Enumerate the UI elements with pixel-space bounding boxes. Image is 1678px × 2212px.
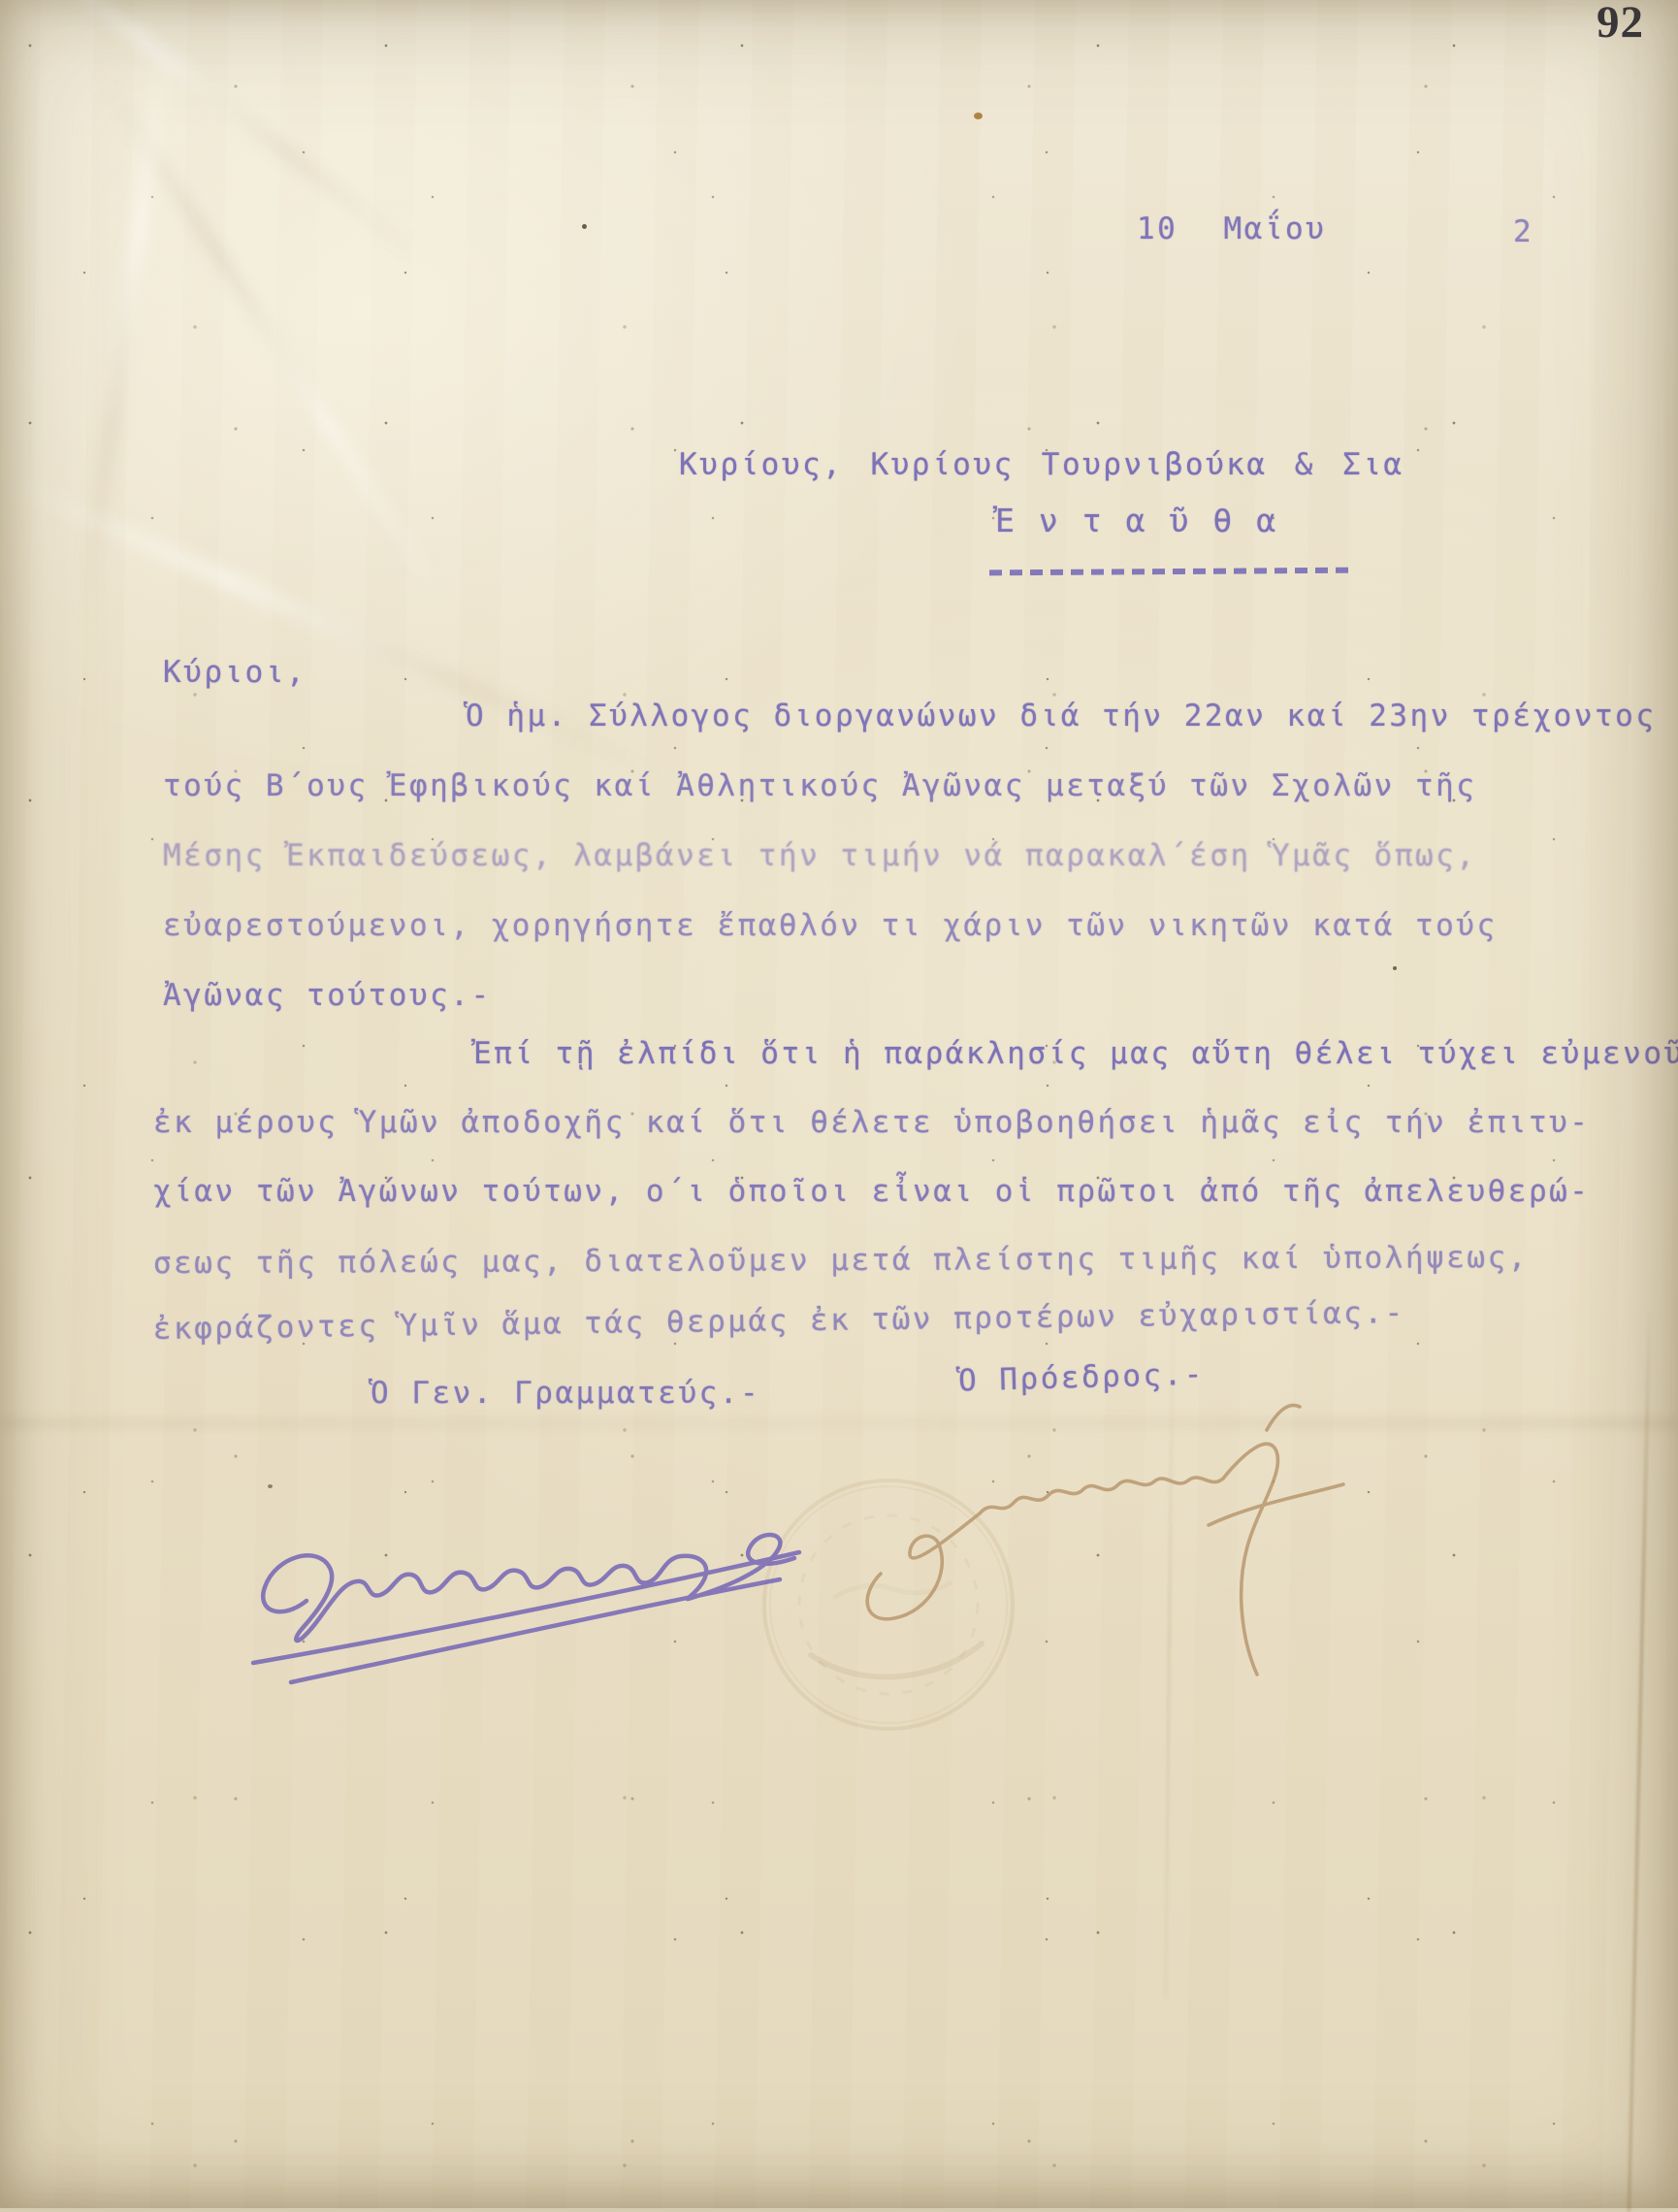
salutation: Κύριοι, (163, 655, 307, 690)
foxing-spot (268, 1484, 273, 1488)
body-line: τούς Β΄ους Ἐφηβικούς καί Ἀθλητικούς Ἀγῶν… (163, 768, 1598, 838)
location-underline (989, 568, 1356, 576)
body-line: ἐκ μέρους Ὑμῶν ἀποδοχῆς καί ὅτι θέλετε ὑ… (153, 1105, 1589, 1174)
date-line: 10 Μαΐου (1137, 211, 1326, 246)
body-line: Ἐπί τῇ ἐλπίδι ὅτι ἡ παράκλησίς μας αὕτη … (153, 1036, 1589, 1105)
paper-fold-horizontal (0, 1418, 1678, 1428)
location-line: Ἐνταῦθα (995, 502, 1300, 539)
date-right-number: 2 (1513, 214, 1533, 249)
round-stamp (743, 1451, 1034, 1742)
paper-crease (75, 31, 176, 629)
paper-crease (0, 0, 433, 269)
foxing-spot (582, 224, 587, 229)
president-signature (852, 1389, 1380, 1685)
body-line: χίαν τῶν Ἀγώνων τούτων, ο΄ι ὁποῖοι εἶναι… (153, 1174, 1589, 1243)
body-line: εὐαρεστούμενοι, χορηγήσητε ἔπαθλόν τι χά… (163, 908, 1598, 978)
paper-crease (97, 73, 446, 601)
secretary-title: Ὁ Γεν. Γραμματεύς.- (371, 1376, 760, 1411)
scanned-letter-page: 92 10 Μαΐου 2 Κυρίους, Κυρίους Τουρνιβού… (0, 0, 1678, 2208)
body-line: Μέσης Ἐκπαιδεύσεως, λαμβάνει τήν τιμήν ν… (163, 838, 1598, 908)
body-line: Ὁ ἡμ. Σύλλογος διοργανώνων διά τήν 22αν … (163, 699, 1598, 768)
paper-fold-vertical (1627, 1310, 1651, 2208)
paragraph-1: Ὁ ἡμ. Σύλλογος διοργανώνων διά τήν 22αν … (163, 699, 1598, 1048)
foxing-spot (974, 113, 983, 119)
president-title: Ὁ Πρόεδρος.- (958, 1356, 1206, 1398)
addressee-line: Κυρίους, Κυρίους Τουρνιβούκα & Σια (679, 447, 1404, 482)
paragraph-2: Ἐπί τῇ ἐλπίδι ὅτι ἡ παράκλησίς μας αὕτη … (153, 1036, 1589, 1381)
page-number: 92 (1597, 0, 1644, 49)
secretary-signature (200, 1455, 859, 1698)
